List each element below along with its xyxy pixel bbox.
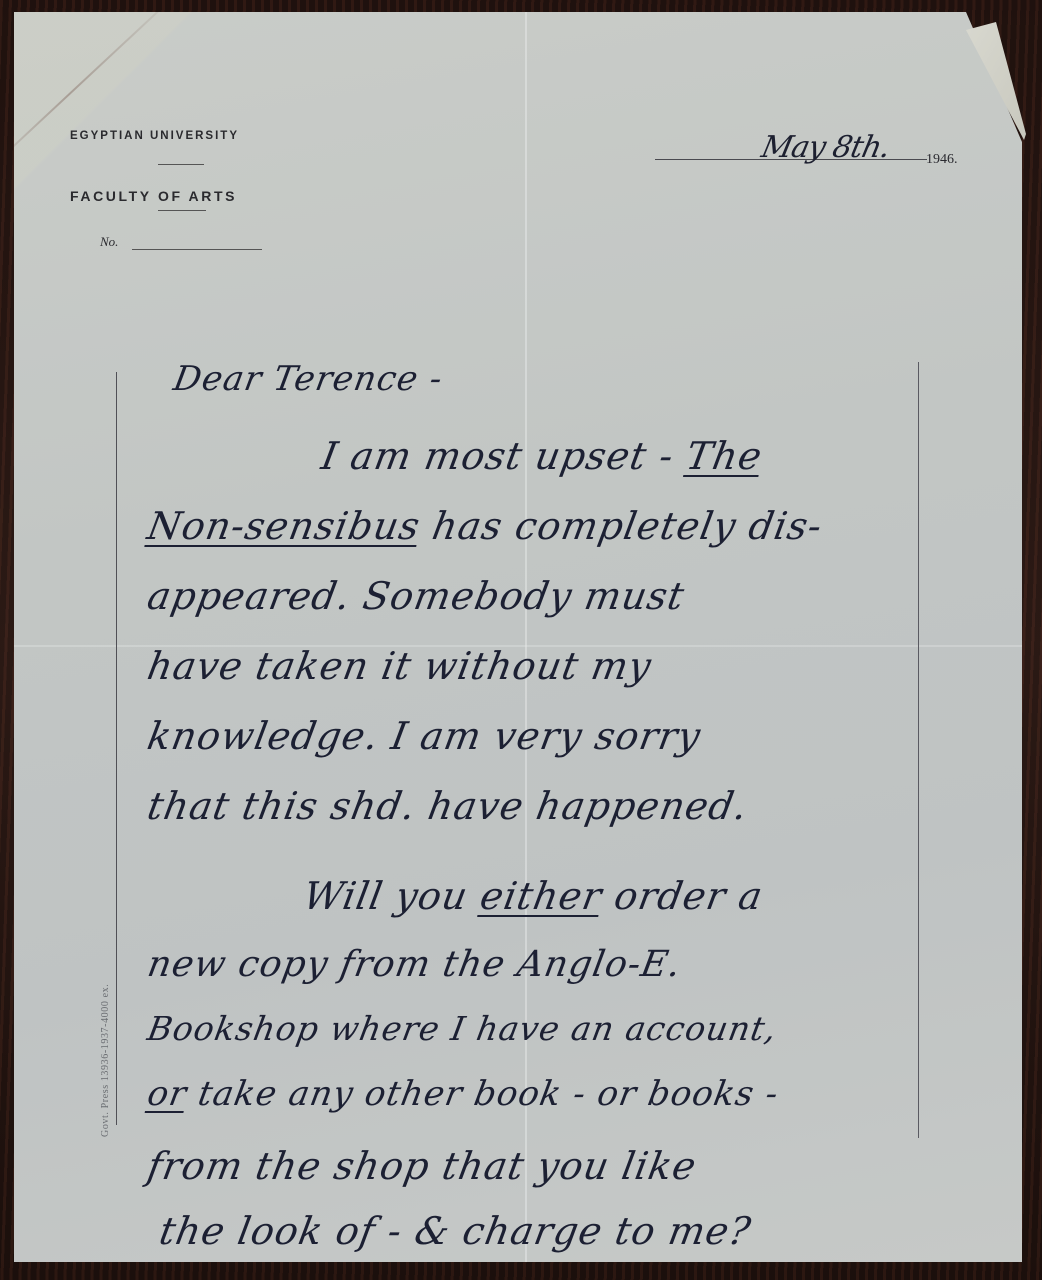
- left-margin-rule: [116, 372, 117, 1125]
- letter-line: the look of - & charge to me?: [157, 1212, 754, 1250]
- letter-line: from the shop that you like: [145, 1147, 700, 1185]
- book-title-underlined: Non-sensibus: [144, 504, 424, 548]
- letterhead-divider: [158, 210, 206, 211]
- reference-number-line: [132, 249, 262, 250]
- letter-line: new copy from the Anglo-E.: [145, 947, 684, 983]
- salutation: Dear Terence -: [171, 362, 446, 396]
- printer-imprint: Govt. Press 13936-1937-4000 ex.: [100, 984, 111, 1137]
- underlined-word: The: [683, 434, 766, 478]
- right-margin-rule: [918, 362, 919, 1138]
- underlined-word: either: [477, 874, 606, 918]
- letter-line: Non-sensibus has completely dis-: [145, 507, 826, 545]
- letter-line: have taken it without my: [145, 647, 655, 685]
- letter-line: I am most upset - The: [319, 437, 766, 475]
- letter-line: Bookshop where I have an account,: [145, 1012, 780, 1045]
- letter-line: or take any other book - or books -: [145, 1077, 781, 1111]
- letterhead-divider: [158, 164, 204, 165]
- corner-crease-shade: [14, 12, 204, 212]
- letter-line: that this shd. have happened.: [145, 787, 751, 825]
- faculty-name: FACULTY OF ARTS: [70, 188, 237, 204]
- letter-line: knowledge. I am very sorry: [145, 717, 704, 755]
- letter-paper: EGYPTIAN UNIVERSITY FACULTY OF ARTS No. …: [14, 12, 1022, 1262]
- institution-name: EGYPTIAN UNIVERSITY: [70, 130, 239, 142]
- handwritten-date: May 8th.: [758, 130, 893, 165]
- letter-line: appeared. Somebody must: [145, 577, 688, 615]
- printed-year: 1946.: [926, 152, 958, 168]
- letter-line: Will you either order a: [301, 877, 766, 915]
- reference-number-label: No.: [100, 234, 118, 250]
